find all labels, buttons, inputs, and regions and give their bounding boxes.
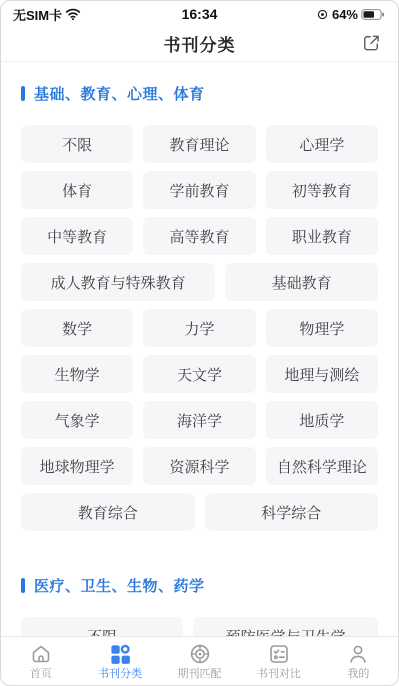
category-row: 中等教育高等教育职业教育 [21, 217, 378, 255]
nav-header: 书刊分类 [1, 25, 398, 62]
category-row: 数学力学物理学 [21, 309, 378, 347]
category-button[interactable]: 体育 [21, 171, 133, 209]
page-title: 书刊分类 [164, 31, 236, 56]
category-section: 医疗、卫生、生物、药学不限预防医学与卫生学 [21, 539, 378, 636]
category-button[interactable]: 力学 [143, 309, 255, 347]
category-button[interactable]: 教育理论 [143, 125, 255, 163]
section-title-bar [21, 86, 25, 101]
location-services-icon [316, 8, 329, 21]
tab-label: 书刊分类 [98, 668, 142, 680]
tab-item[interactable]: 首页 [1, 637, 80, 685]
category-row: 不限教育理论心理学 [21, 125, 378, 163]
category-button[interactable]: 生物学 [21, 355, 133, 393]
category-row: 不限预防医学与卫生学 [21, 617, 378, 636]
compare-icon [267, 642, 291, 666]
category-button[interactable]: 地球物理学 [21, 447, 133, 485]
category-button[interactable]: 不限 [21, 617, 183, 636]
category-button[interactable]: 科学综合 [205, 493, 379, 531]
battery-icon [361, 8, 386, 21]
category-button[interactable]: 成人教育与特殊教育 [21, 263, 215, 301]
wifi-icon [65, 7, 81, 21]
category-button[interactable]: 学前教育 [143, 171, 255, 209]
category-grid-icon [108, 642, 132, 666]
section-title-bar [21, 578, 25, 593]
category-button[interactable]: 地理与测绘 [266, 355, 378, 393]
tab-label: 我的 [347, 668, 369, 680]
category-row: 体育学前教育初等教育 [21, 171, 378, 209]
category-button[interactable]: 心理学 [266, 125, 378, 163]
tab-item[interactable]: 书刊对比 [239, 637, 318, 685]
status-bar: 无SIM卡 16:34 64% [1, 1, 398, 25]
battery-percent-label: 64% [332, 7, 358, 22]
category-row: 成人教育与特殊教育基础教育 [21, 263, 378, 301]
category-button[interactable]: 海洋学 [143, 401, 255, 439]
category-section: 基础、教育、心理、体育不限教育理论心理学体育学前教育初等教育中等教育高等教育职业… [21, 62, 378, 531]
share-icon[interactable] [361, 32, 383, 54]
category-row: 气象学海洋学地质学 [21, 401, 378, 439]
tab-label: 首页 [30, 668, 52, 680]
tab-item[interactable]: 期刊匹配 [160, 637, 239, 685]
category-button[interactable]: 职业教育 [266, 217, 378, 255]
section-title-text: 基础、教育、心理、体育 [34, 83, 205, 104]
category-button[interactable]: 地质学 [266, 401, 378, 439]
profile-icon [346, 642, 370, 666]
category-row: 地球物理学资源科学自然科学理论 [21, 447, 378, 485]
category-button[interactable]: 教育综合 [21, 493, 195, 531]
tab-bar: 首页书刊分类期刊匹配书刊对比我的 [1, 636, 398, 685]
category-row: 生物学天文学地理与测绘 [21, 355, 378, 393]
carrier-label: 无SIM卡 [13, 5, 62, 24]
section-title-text: 医疗、卫生、生物、药学 [34, 575, 205, 596]
section-title: 基础、教育、心理、体育 [21, 83, 378, 104]
category-button[interactable]: 基础教育 [225, 263, 378, 301]
section-title: 医疗、卫生、生物、药学 [21, 575, 378, 596]
category-button[interactable]: 高等教育 [143, 217, 255, 255]
tab-label: 期刊匹配 [178, 668, 222, 680]
category-button[interactable]: 初等教育 [266, 171, 378, 209]
category-sections: 基础、教育、心理、体育不限教育理论心理学体育学前教育初等教育中等教育高等教育职业… [1, 62, 398, 636]
category-button[interactable]: 资源科学 [143, 447, 255, 485]
journal-match-icon [188, 642, 212, 666]
category-button[interactable]: 预防医学与卫生学 [193, 617, 378, 636]
category-button[interactable]: 物理学 [266, 309, 378, 347]
home-icon [29, 642, 53, 666]
tab-item[interactable]: 我的 [319, 637, 398, 685]
tab-label: 书刊对比 [257, 668, 301, 680]
app-window: 无SIM卡 16:34 64% [0, 0, 399, 686]
category-button[interactable]: 气象学 [21, 401, 133, 439]
category-button[interactable]: 中等教育 [21, 217, 133, 255]
category-button[interactable]: 自然科学理论 [266, 447, 378, 485]
category-button[interactable]: 数学 [21, 309, 133, 347]
category-row: 教育综合科学综合 [21, 493, 378, 531]
tab-item[interactable]: 书刊分类 [80, 637, 159, 685]
category-button[interactable]: 不限 [21, 125, 133, 163]
status-time: 16:34 [182, 6, 218, 22]
category-button[interactable]: 天文学 [143, 355, 255, 393]
